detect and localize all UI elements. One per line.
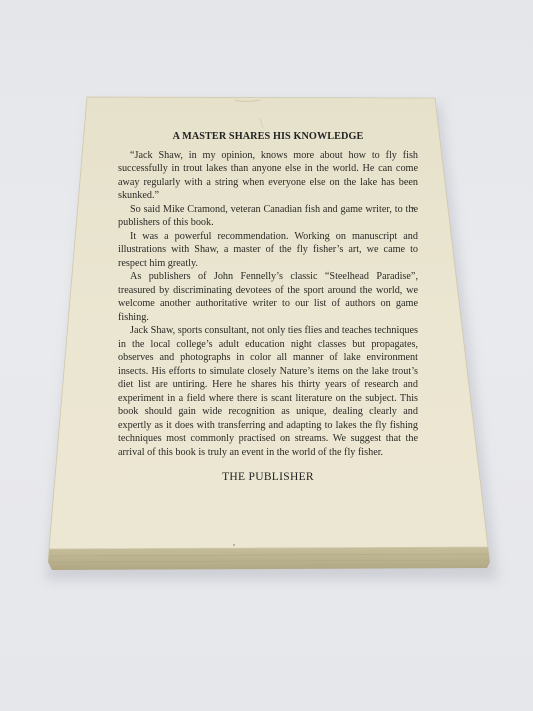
blurb-paragraph-5: Jack Shaw, sports consultant, not only t… — [118, 324, 418, 459]
blurb-paragraph-3: It was a powerful recommendation. Workin… — [118, 230, 418, 271]
blurb-paragraph-2: So said Mike Cramond, veteran Canadian f… — [118, 203, 418, 230]
page-edge — [48, 546, 490, 570]
back-cover-text: A MASTER SHARES HIS KNOWLEDGE “Jack Shaw… — [118, 130, 418, 485]
blurb-heading: A MASTER SHARES HIS KNOWLEDGE — [118, 130, 418, 144]
blurb-paragraph-1: “Jack Shaw, in my opinion, knows more ab… — [118, 149, 418, 203]
publisher-signature: THE PUBLISHER — [118, 471, 418, 485]
blurb-paragraph-4: As publishers of John Fennelly’s classic… — [118, 270, 418, 324]
